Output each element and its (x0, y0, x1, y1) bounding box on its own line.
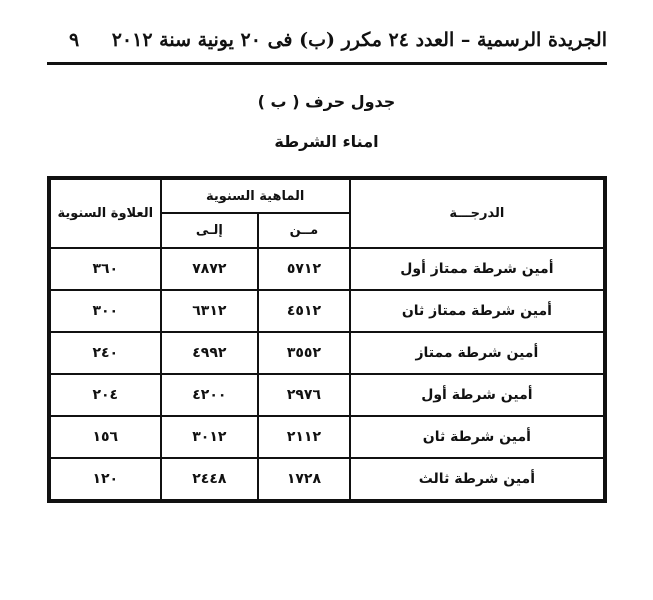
increment-cell: ١٢٠ (49, 458, 161, 501)
increment-cell: ٢٤٠ (49, 332, 161, 374)
running-header: الجريدة الرسمية – العدد ٢٤ مكرر (ب) فى ٢… (47, 22, 607, 58)
grade-cell: أمين شرطة ثان (350, 416, 605, 458)
header-annual-increment: العلاوة السنوية (49, 178, 161, 248)
from-cell: ٢٩٧٦ (258, 374, 350, 416)
to-cell: ٤٩٩٢ (161, 332, 259, 374)
header-annual-salary: الماهية السنوية (161, 178, 350, 213)
increment-cell: ٣٦٠ (49, 248, 161, 290)
to-cell: ٢٤٤٨ (161, 458, 259, 501)
table-title: جدول حرف ( ب ) (0, 92, 653, 111)
grade-cell: أمين شرطة ثالث (350, 458, 605, 501)
table-row: أمين شرطة أول ٢٩٧٦ ٤٢٠٠ ٢٠٤ (49, 374, 605, 416)
from-cell: ١٧٢٨ (258, 458, 350, 501)
header-to: إلـى (161, 213, 259, 248)
to-cell: ٧٨٧٢ (161, 248, 259, 290)
header-from: مــن (258, 213, 350, 248)
table-row: أمين شرطة ثالث ١٧٢٨ ٢٤٤٨ ١٢٠ (49, 458, 605, 501)
from-cell: ٤٥١٢ (258, 290, 350, 332)
grade-cell: أمين شرطة ممتاز ثان (350, 290, 605, 332)
increment-cell: ٢٠٤ (49, 374, 161, 416)
page-number: ٩ (47, 29, 79, 51)
table-row: أمين شرطة ممتاز أول ٥٧١٢ ٧٨٧٢ ٣٦٠ (49, 248, 605, 290)
to-cell: ٣٠١٢ (161, 416, 259, 458)
header-grade: الدرجـــة (350, 178, 605, 248)
table-subtitle: امناء الشرطة (0, 132, 653, 151)
to-cell: ٤٢٠٠ (161, 374, 259, 416)
table-row: أمين شرطة ممتاز ثان ٤٥١٢ ٦٣١٢ ٣٠٠ (49, 290, 605, 332)
from-cell: ٣٥٥٢ (258, 332, 350, 374)
grade-cell: أمين شرطة ممتاز (350, 332, 605, 374)
to-cell: ٦٣١٢ (161, 290, 259, 332)
table-row: أمين شرطة ممتاز ٣٥٥٢ ٤٩٩٢ ٢٤٠ (49, 332, 605, 374)
table-row: أمين شرطة ثان ٢١١٢ ٣٠١٢ ١٥٦ (49, 416, 605, 458)
grade-cell: أمين شرطة ممتاز أول (350, 248, 605, 290)
increment-cell: ٣٠٠ (49, 290, 161, 332)
running-title: الجريدة الرسمية – العدد ٢٤ مكرر (ب) فى ٢… (112, 29, 607, 51)
from-cell: ٥٧١٢ (258, 248, 350, 290)
header-rule (47, 62, 607, 65)
increment-cell: ١٥٦ (49, 416, 161, 458)
salary-table: الدرجـــة الماهية السنوية العلاوة السنوي… (47, 176, 607, 503)
grade-cell: أمين شرطة أول (350, 374, 605, 416)
from-cell: ٢١١٢ (258, 416, 350, 458)
